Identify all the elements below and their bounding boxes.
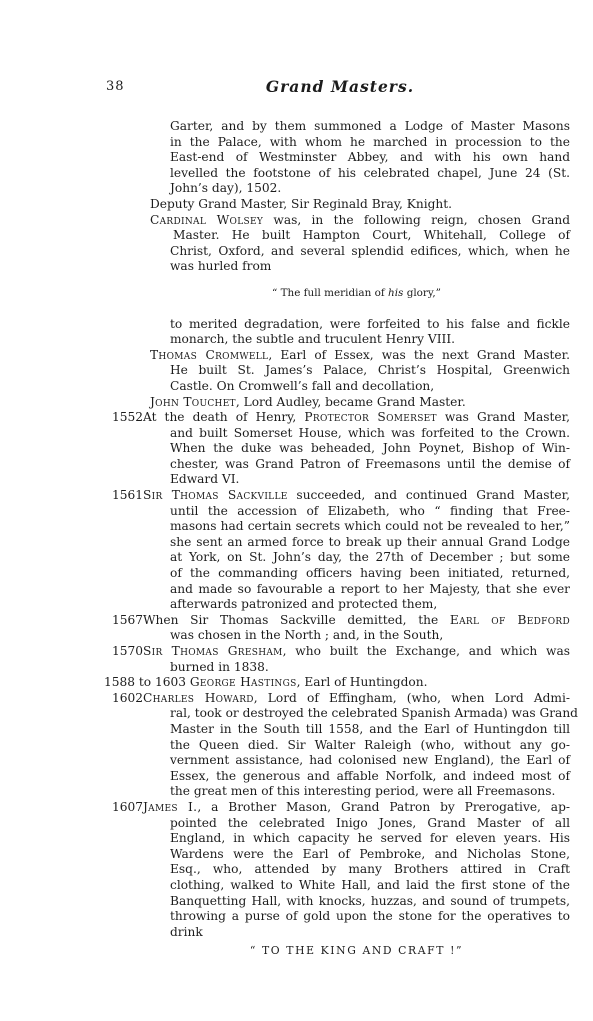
text-line: until the accession of Elizabeth, who “ …: [170, 504, 570, 520]
paragraph: Cardinal Wolsey was, in the following re…: [143, 213, 570, 275]
year-label: 1607: [112, 800, 143, 816]
year-label: 1552: [112, 410, 143, 426]
paragraph: 1552At the death of Henry, Protector Som…: [143, 410, 570, 488]
text-line: afterwards patronized and protected them…: [170, 597, 570, 613]
text-line: the Queen died. Sir Walter Raleigh (who,…: [170, 738, 570, 754]
italic-text: his: [388, 287, 403, 299]
small-caps-name: Protector Somerset: [304, 410, 436, 424]
text-line: Garter, and by them summoned a Lodge of …: [170, 119, 570, 135]
paragraph: 1607James I., a Brother Mason, Grand Pat…: [143, 800, 570, 940]
text-line: Sir Thomas Gresham, who built the Exchan…: [143, 644, 570, 660]
year-label: 1567: [112, 613, 143, 629]
text-line: Edward VI.: [170, 472, 570, 488]
text-line: vernment assistance, had colonised new E…: [170, 753, 570, 769]
year-label: 1570: [112, 644, 143, 660]
text-line: At the death of Henry, Protector Somerse…: [143, 410, 570, 426]
text-line: Cardinal Wolsey was, in the following re…: [150, 213, 570, 229]
text-line: John’s day), 1502.: [170, 181, 570, 197]
text-line: and built Somerset House, which was forf…: [170, 426, 570, 442]
text-line: was chosen in the North ; and, in the So…: [170, 628, 570, 644]
text-line: Thomas Cromwell, Earl of Essex, was the …: [150, 348, 570, 364]
text-line: John Touchet, Lord Audley, became Grand …: [150, 395, 570, 411]
text-line: Christ, Oxford, and several splendid edi…: [170, 244, 570, 260]
quote-line: “ TO THE KING AND CRAFT !”: [143, 943, 570, 959]
text-line: Charles Howard, Lord of Effingham, (who,…: [143, 691, 570, 707]
text-line: in the Palace, with whom he marched in p…: [170, 135, 570, 151]
text-line: to merited degradation, were forfeited t…: [170, 317, 570, 333]
small-caps-name: George Hastings: [190, 675, 297, 689]
text-line: she sent an armed force to break up thei…: [170, 535, 570, 551]
text-line: Banquetting Hall, with knocks, huzzas, a…: [170, 894, 570, 910]
small-caps-name: Sir Thomas Sackville: [143, 488, 288, 502]
text-line: Master. He built Hampton Court, Whitehal…: [173, 228, 570, 244]
small-caps-name: John Touchet: [150, 395, 236, 409]
paragraph: Thomas Cromwell, Earl of Essex, was the …: [143, 348, 570, 395]
text-line: James I., a Brother Mason, Grand Patron …: [143, 800, 570, 816]
paragraph: 1588 to 1603 George Hastings, Earl of Hu…: [143, 675, 570, 691]
text-line: levelled the footstone of his celebrated…: [170, 166, 570, 182]
text-line: ral, took or destroyed the celebrated Sp…: [170, 706, 570, 722]
text-line: masons had certain secrets which could n…: [170, 519, 570, 535]
paragraph: Deputy Grand Master, Sir Reginald Bray, …: [143, 197, 570, 213]
paragraph: 1567When Sir Thomas Sackville demitted, …: [143, 613, 570, 644]
small-caps-name: Thomas Cromwell: [150, 348, 268, 362]
paragraph: 1570Sir Thomas Gresham, who built the Ex…: [143, 644, 570, 675]
text-line: When the duke was beheaded, John Poynet,…: [170, 441, 570, 457]
text-line: drink: [170, 925, 570, 941]
text-line: 1588 to 1603 George Hastings, Earl of Hu…: [104, 675, 570, 691]
text-line: Sir Thomas Sackville succeeded, and cont…: [143, 488, 570, 504]
text-line: He built St. James’s Palace, Christ’s Ho…: [170, 363, 570, 379]
text-line: Esq., who, attended by many Brothers att…: [170, 862, 570, 878]
paragraph: Garter, and by them summoned a Lodge of …: [143, 119, 570, 197]
text-line: Wardens were the Earl of Pembroke, and N…: [170, 847, 570, 863]
book-page: 38 Grand Masters. Garter, and by them su…: [0, 0, 593, 1021]
text-line: Castle. On Cromwell’s fall and decollati…: [170, 379, 570, 395]
text-line: was hurled from: [170, 259, 570, 275]
text-body: Garter, and by them summoned a Lodge of …: [143, 119, 570, 959]
small-caps-name: Earl of Bedford: [450, 613, 570, 627]
small-caps-name: Sir Thomas Gresham: [143, 644, 283, 658]
paragraph: John Touchet, Lord Audley, became Grand …: [143, 395, 570, 411]
text-line: England, in which capacity he served for…: [170, 831, 570, 847]
text-line: Master in the South till 1558, and the E…: [170, 722, 570, 738]
text-line: burned in 1838.: [170, 660, 570, 676]
text-line: monarch, the subtle and truculent Henry …: [170, 332, 570, 348]
paragraph: 1602Charles Howard, Lord of Effingham, (…: [143, 691, 570, 800]
text-line: chester, was Grand Patron of Freemasons …: [170, 457, 570, 473]
year-label: 1561: [112, 488, 143, 504]
text-line: of the commanding officers having been i…: [170, 566, 570, 582]
text-line: throwing a purse of gold upon the stone …: [170, 909, 570, 925]
text-line: Essex, the generous and affable Norfolk,…: [170, 769, 570, 785]
text-line: East-end of Westminster Abbey, and with …: [170, 150, 570, 166]
text-line: When Sir Thomas Sackville demitted, the …: [143, 613, 570, 629]
text-line: pointed the celebrated Inigo Jones, Gran…: [170, 816, 570, 832]
paragraph: to merited degradation, were forfeited t…: [143, 317, 570, 348]
running-header: Grand Masters.: [140, 77, 540, 96]
paragraph: 1561Sir Thomas Sackville succeeded, and …: [143, 488, 570, 613]
page-number: 38: [106, 79, 125, 94]
text-line: Deputy Grand Master, Sir Reginald Bray, …: [150, 197, 570, 213]
small-caps-name: Charles Howard: [143, 691, 254, 705]
text-line: clothing, walked to White Hall, and laid…: [170, 878, 570, 894]
small-caps-name: Cardinal Wolsey: [150, 213, 263, 227]
text-line: at York, on St. John’s day, the 27th of …: [170, 550, 570, 566]
small-caps-name: James I.: [143, 800, 197, 814]
year-label: 1602: [112, 691, 143, 707]
text-line: the great men of this interesting period…: [170, 784, 570, 800]
quote-line: “ The full meridian of his glory,”: [143, 286, 570, 302]
text-line: and made so favourable a report to her M…: [170, 582, 570, 598]
